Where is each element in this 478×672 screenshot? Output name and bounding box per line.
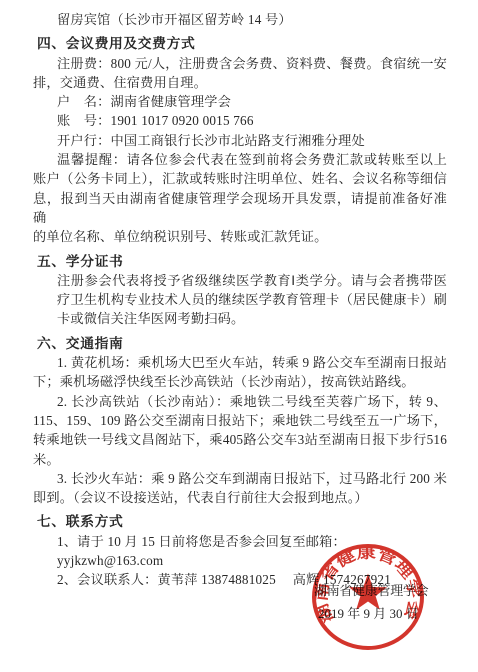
railway-route-line-1: 3. 长沙火车站：乘 9 路公交车到湖南日报站下，过马路北行 200 米	[33, 469, 447, 488]
official-seal-stamp: 湖南省健康管理学会	[310, 542, 426, 652]
reminder-line-4: 的单位名称、单位纳税识别号、转账或汇款凭证。	[33, 227, 447, 246]
hsr-route-line-3: 转乘地铁一号线文昌阁站下，乘405路公交车3站至湖南日报下步行516	[33, 430, 447, 449]
account-number: 账 号：1901 1017 0920 0015 766	[33, 111, 447, 130]
bank-branch: 开户行：中国工商银行长沙市北站路支行湘雅分理处	[33, 131, 447, 150]
hsr-route-line-1: 2. 长沙高铁站（长沙南站）：乘地铁二号线至芙蓉广场下，转 9、	[33, 392, 447, 411]
hsr-route-line-2: 115、159、109 路公交至湖南日报站下；乘地铁二号线至五一广场下，	[33, 411, 447, 430]
section-7-heading: 七、联系方式	[33, 512, 447, 531]
registration-fee-line-1: 注册费：800 元/人，注册费含会务费、资料费、餐费。食宿统一安	[33, 54, 447, 73]
section-4-heading: 四、会议费用及交费方式	[33, 34, 447, 53]
document-page: 留房宾馆（长沙市开福区留芳岭 14 号） 四、会议费用及交费方式 注册费：800…	[0, 0, 478, 672]
document-body: 留房宾馆（长沙市开福区留芳岭 14 号） 四、会议费用及交费方式 注册费：800…	[0, 0, 478, 590]
reminder-line-3: 息，报到当天由湖南省健康管理学会现场开具发票，请提前准备好准确	[33, 189, 447, 228]
airport-route-line-1: 1. 黄花机场：乘机场大巴至火车站，转乘 9 路公交车至湖南日报站	[33, 353, 447, 372]
reminder-line-1: 温馨提醒：请各位参会代表在签到前将会务费汇款或转账至以上	[33, 150, 447, 169]
credit-line-2: 疗卫生机构专业技术人员的继续医学教育管理卡（居民健康卡）刷	[33, 290, 447, 309]
credit-line-3: 卡或微信关注华医网考勤扫码。	[33, 309, 447, 328]
section-6-heading: 六、交通指南	[33, 334, 447, 353]
section-5-heading: 五、学分证书	[33, 252, 447, 271]
account-name: 户 名：湖南省健康管理学会	[33, 92, 447, 111]
hotel-address: 留房宾馆（长沙市开福区留芳岭 14 号）	[33, 10, 447, 29]
credit-line-1: 注册参会代表将授予省级继续医学教育Ⅰ类学分。请与会者携带医	[33, 271, 447, 290]
airport-route-line-2: 下；乘机场磁浮快线至长沙高铁站（长沙南站），按高铁站路线。	[33, 372, 447, 391]
registration-fee-line-2: 排，交通费、住宿费用自理。	[33, 73, 447, 92]
railway-route-line-2: 即到。（会议不设接送站，代表自行前往大会报到地点。）	[33, 488, 447, 507]
star-icon	[349, 574, 387, 610]
reminder-line-2: 账户（公务卡同上），汇款或转账时注明单位、姓名、会议名称等细信	[33, 169, 447, 188]
hsr-route-line-4: 米。	[33, 450, 447, 469]
